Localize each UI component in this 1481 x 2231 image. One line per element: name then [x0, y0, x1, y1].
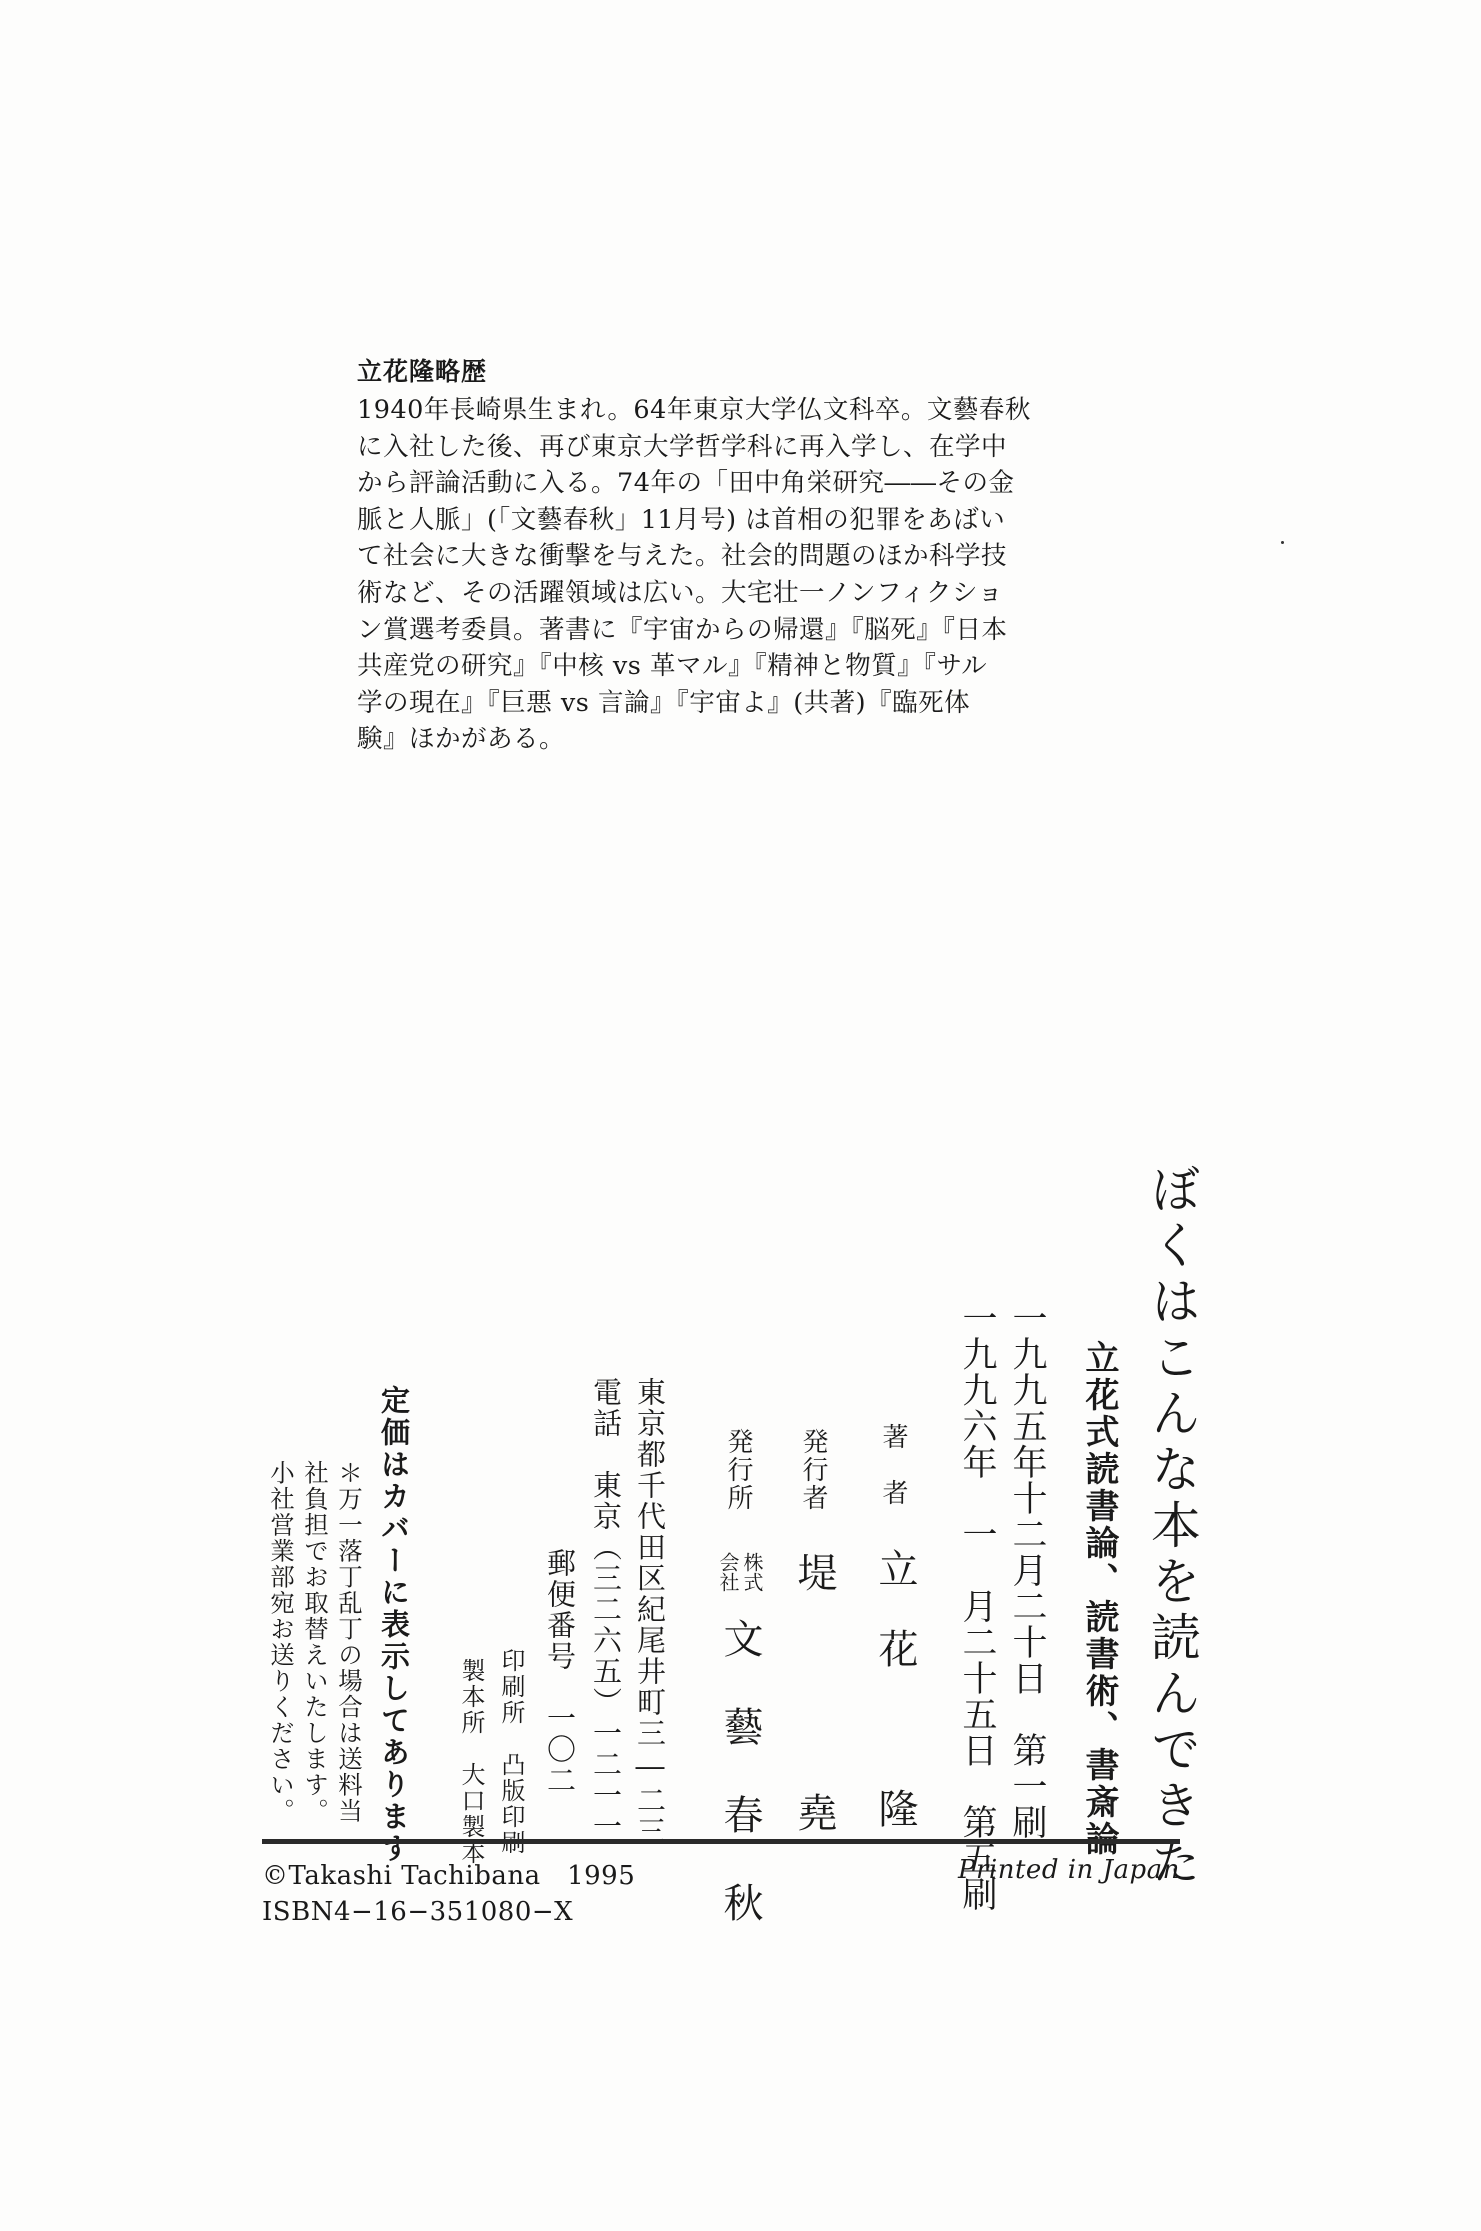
- bio-line: ン賞選考委員。著書に『宇宙からの帰還』『脳死』『日本: [357, 612, 1157, 649]
- corp-type-bottom: 会社: [717, 1552, 739, 1592]
- bio-line: から評論活動に入る。74年の「田中角栄研究――その金: [357, 465, 1157, 502]
- bio-heading: 立花隆略歴: [357, 352, 1157, 392]
- printed-in-japan: Printed in Japan: [958, 1855, 1180, 1885]
- book-title: ぼくはこんな本を読んできた: [1136, 1163, 1208, 1891]
- printer-label: 印刷所: [497, 1648, 525, 1726]
- bio-line: 共産党の研究』『中核 vs 革マル』『精神と物質』『サル: [357, 648, 1157, 685]
- publisher-phone: 電話 東京（三二六五）一二一一: [586, 1377, 627, 1842]
- bio-line: 脈と人脈」(「文藝春秋」11月号) は首相の犯罪をあばい: [357, 502, 1157, 539]
- binder-line: 製本所 大口製本: [454, 1658, 489, 1866]
- printer-line: 印刷所 凸版印刷: [494, 1648, 529, 1856]
- publisher-address: 東京都千代田区紀尾井町三―二三: [630, 1377, 671, 1847]
- author-bio: 立花隆略歴 1940年長崎県生まれ。64年東京大学仏文科卒。文藝春秋 に入社した…: [357, 352, 1157, 758]
- publisher-person-label: 発行者: [795, 1428, 832, 1512]
- edition-fifth: 一九九六年 一 月二十五日 第五刷: [952, 1300, 1002, 1912]
- isbn: ISBN4−16−351080−X: [262, 1897, 573, 1927]
- author-label: 著 者: [875, 1423, 912, 1507]
- edition-first: 一九九五年十二月二十日 第一刷: [1002, 1300, 1052, 1840]
- binder-label: 製本所: [457, 1658, 485, 1736]
- replacement-note-line: ＊万一落丁乱丁の場合は送料当: [332, 1460, 367, 1824]
- price-note: 定価はカバーに表示してあります: [374, 1385, 415, 1865]
- publisher-person-name: 堤 堯: [786, 1552, 843, 1832]
- bio-line: 験』ほかがある。: [357, 721, 1157, 758]
- book-subtitle: 立花式読書論、読書術、書斎論: [1075, 1340, 1124, 1858]
- bio-line: 術など、その活躍領域は広い。大宅壮一ノンフィクショ: [357, 575, 1157, 612]
- replacement-note-line: 小社営業部宛お送りください。: [264, 1460, 299, 1824]
- bio-line: 1940年長崎県生まれ。64年東京大学仏文科卒。文藝春秋: [357, 392, 1157, 429]
- scan-speck: [1281, 541, 1284, 544]
- postal-code: 郵便番号 一〇二: [540, 1548, 581, 1796]
- corp-type-top: 株式: [741, 1552, 763, 1592]
- bio-line: て社会に大きな衝撃を与えた。社会的問題のほか科学技: [357, 538, 1157, 575]
- publisher-label: 発行所: [720, 1428, 757, 1512]
- bio-line: 学の現在』『巨悪 vs 言論』『宇宙よ』(共著)『臨死体: [357, 685, 1157, 722]
- corp-type-mark: 株式 会社: [713, 1552, 763, 1592]
- binder-name: 大口製本: [457, 1762, 485, 1866]
- replacement-note-line: 社負担でお取替えいたします。: [298, 1460, 333, 1824]
- divider-rule: [262, 1839, 1180, 1844]
- bio-line: に入社した後、再び東京大学哲学科に再入学し、在学中: [357, 429, 1157, 466]
- author-name: 立 花 隆: [867, 1548, 924, 1828]
- publisher-name: 文 藝 春 秋: [712, 1618, 769, 1926]
- copyright-notice: ©Takashi Tachibana 1995: [262, 1855, 635, 1892]
